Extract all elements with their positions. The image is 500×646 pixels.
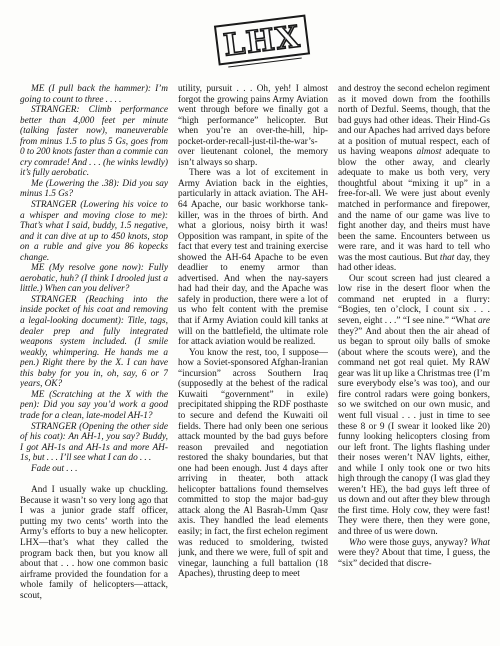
body-text: utility, pursuit . . . Oh, yeh! I almost…: [178, 84, 328, 168]
paragraph: Who were those guys, anyway? What were t…: [338, 538, 490, 570]
paragraph: Fade out . . .: [20, 464, 168, 475]
body-text: Our scout screen had just cleared a low …: [338, 274, 490, 326]
body-text: and destroy the second echelon regiment …: [338, 84, 490, 157]
text-column-2: utility, pursuit . . . Oh, yeh! I almost…: [178, 84, 328, 632]
body-text: ME (I pull back the hammer): I’m going t…: [20, 84, 168, 105]
paragraph: utility, pursuit . . . Oh, yeh! I almost…: [178, 84, 328, 168]
paragraph: ME (Scratching at the X with the pen): D…: [20, 390, 168, 422]
body-text: STRANGER (Lowering his voice to a whispe…: [20, 200, 168, 263]
paragraph: Our scout screen had just cleared a low …: [338, 274, 490, 538]
paragraph: ME (I pull back the hammer): I’m going t…: [20, 84, 168, 105]
paragraph: STRANGER: Climb performance better than …: [20, 105, 168, 179]
body-text: ME (Scratching at the X with the pen): D…: [20, 390, 168, 421]
emphasized-text: almost: [417, 147, 442, 157]
text-column-3: and destroy the second echelon regiment …: [338, 84, 490, 632]
body-text: STRANGER (Reaching into the inside pocke…: [20, 295, 168, 389]
text-column-1: ME (I pull back the hammer): I’m going t…: [20, 84, 168, 632]
body-text: And I usually wake up chuckling. Because…: [20, 485, 168, 600]
paragraph: And I usually wake up chuckling. Because…: [20, 485, 168, 601]
body-text: STRANGER (Opening the other side of his …: [20, 422, 168, 464]
paragraph: Me (Lowering the .38): Did you say minus…: [20, 179, 168, 200]
article-body: ME (I pull back the hammer): I’m going t…: [20, 84, 490, 632]
magazine-page: LHX ME (I pull back the hammer): I’m goi…: [0, 0, 500, 646]
paragraph: You know the rest, too, I suppose—how a …: [178, 348, 328, 580]
emphasized-text: that: [440, 253, 454, 263]
body-text: ME (My resolve gone now): Fully aerobati…: [20, 263, 168, 294]
body-text: were they? About that time, I guess, the…: [338, 548, 490, 569]
body-text: STRANGER: Climb performance better than …: [20, 105, 168, 178]
emphasized-text: are: [478, 316, 490, 326]
paragraph: and destroy the second echelon regiment …: [338, 84, 490, 274]
paragraph: There was a lot of excitement in Army Av…: [178, 168, 328, 347]
body-text: adequate to blow the other away, and cle…: [338, 147, 490, 262]
paragraph: STRANGER (Reaching into the inside pocke…: [20, 295, 168, 390]
paragraph: STRANGER (Opening the other side of his …: [20, 422, 168, 464]
body-text: Fade out . . .: [31, 464, 77, 474]
paragraph: ME (My resolve gone now): Fully aerobati…: [20, 263, 168, 295]
body-text: Me (Lowering the .38): Did you say minus…: [20, 179, 168, 200]
body-text: There was a lot of excitement in Army Av…: [178, 168, 328, 347]
emphasized-text: What: [470, 538, 490, 548]
paragraph: STRANGER (Lowering his voice to a whispe…: [20, 200, 168, 263]
body-text: You know the rest, too, I suppose—how a …: [178, 348, 328, 579]
lhx-logo-text: LHX: [222, 19, 303, 63]
body-text: were those guys, anyway?: [366, 538, 470, 548]
lhx-logo-graphic: LHX: [217, 17, 307, 63]
emphasized-text: Who: [349, 538, 366, 548]
body-text: they?” And about then the air ahead of u…: [338, 327, 490, 537]
